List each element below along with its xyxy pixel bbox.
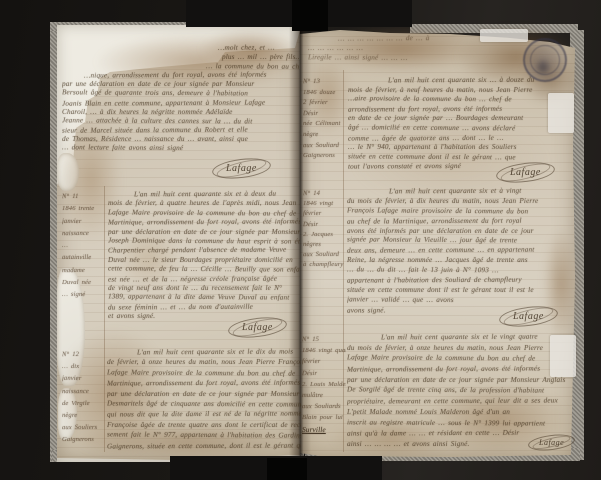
- bottom-clamp-stem: [267, 458, 307, 480]
- torn-hole: [57, 153, 79, 191]
- stamp-ink-blot: [533, 60, 553, 75]
- right-entry-14-paragraph: L'an mil huit cent quarante six et à vin…: [347, 187, 569, 316]
- right-entry-15-paragraph: L'an mil huit cent quarante six et le vi…: [347, 332, 570, 450]
- signature-flourish: Lafage: [534, 437, 569, 448]
- signature-flourish: Lafage: [218, 161, 265, 176]
- signature-flourish: Lafage: [505, 309, 552, 324]
- right-entry-14-margin-notes: N° 141846 vingtfévrierDésir2. Jacquesnèg…: [303, 189, 345, 271]
- left-entry-11-margin-notes: N° 111846 trentejanviernaissance…autainv…: [62, 191, 106, 302]
- right-entry-15-margin-notes: N° 151846 vingt quatrefévrierDésir2. Lou…: [302, 334, 346, 435]
- left-entry-12-margin-notes: N° 12… dixjanviernaissancede Virgilenègr…: [62, 349, 106, 447]
- archival-scan: …molt chez, et …plus … mil … père fils………: [0, 0, 601, 480]
- signature-flourish: Lafage: [234, 320, 281, 335]
- left-entry-11-paragraph: L'an mil huit cent quarante six et à deu…: [108, 190, 300, 321]
- top-clamp-stem: [292, 0, 328, 31]
- left-top-paragraph: …molt chez, et …plus … mil … père fils………: [62, 44, 299, 153]
- signature-flourish: Lafage: [502, 165, 549, 180]
- right-entry-13-paragraph: L'an mil huit cent quarante six … à douz…: [348, 76, 569, 172]
- right-entry-13-margin-notes: N° 131846 douze2 févrierDésirnée Céliman…: [303, 77, 345, 162]
- left-entry-12-paragraph: L'an mil huit cent quarante six et le di…: [107, 347, 301, 451]
